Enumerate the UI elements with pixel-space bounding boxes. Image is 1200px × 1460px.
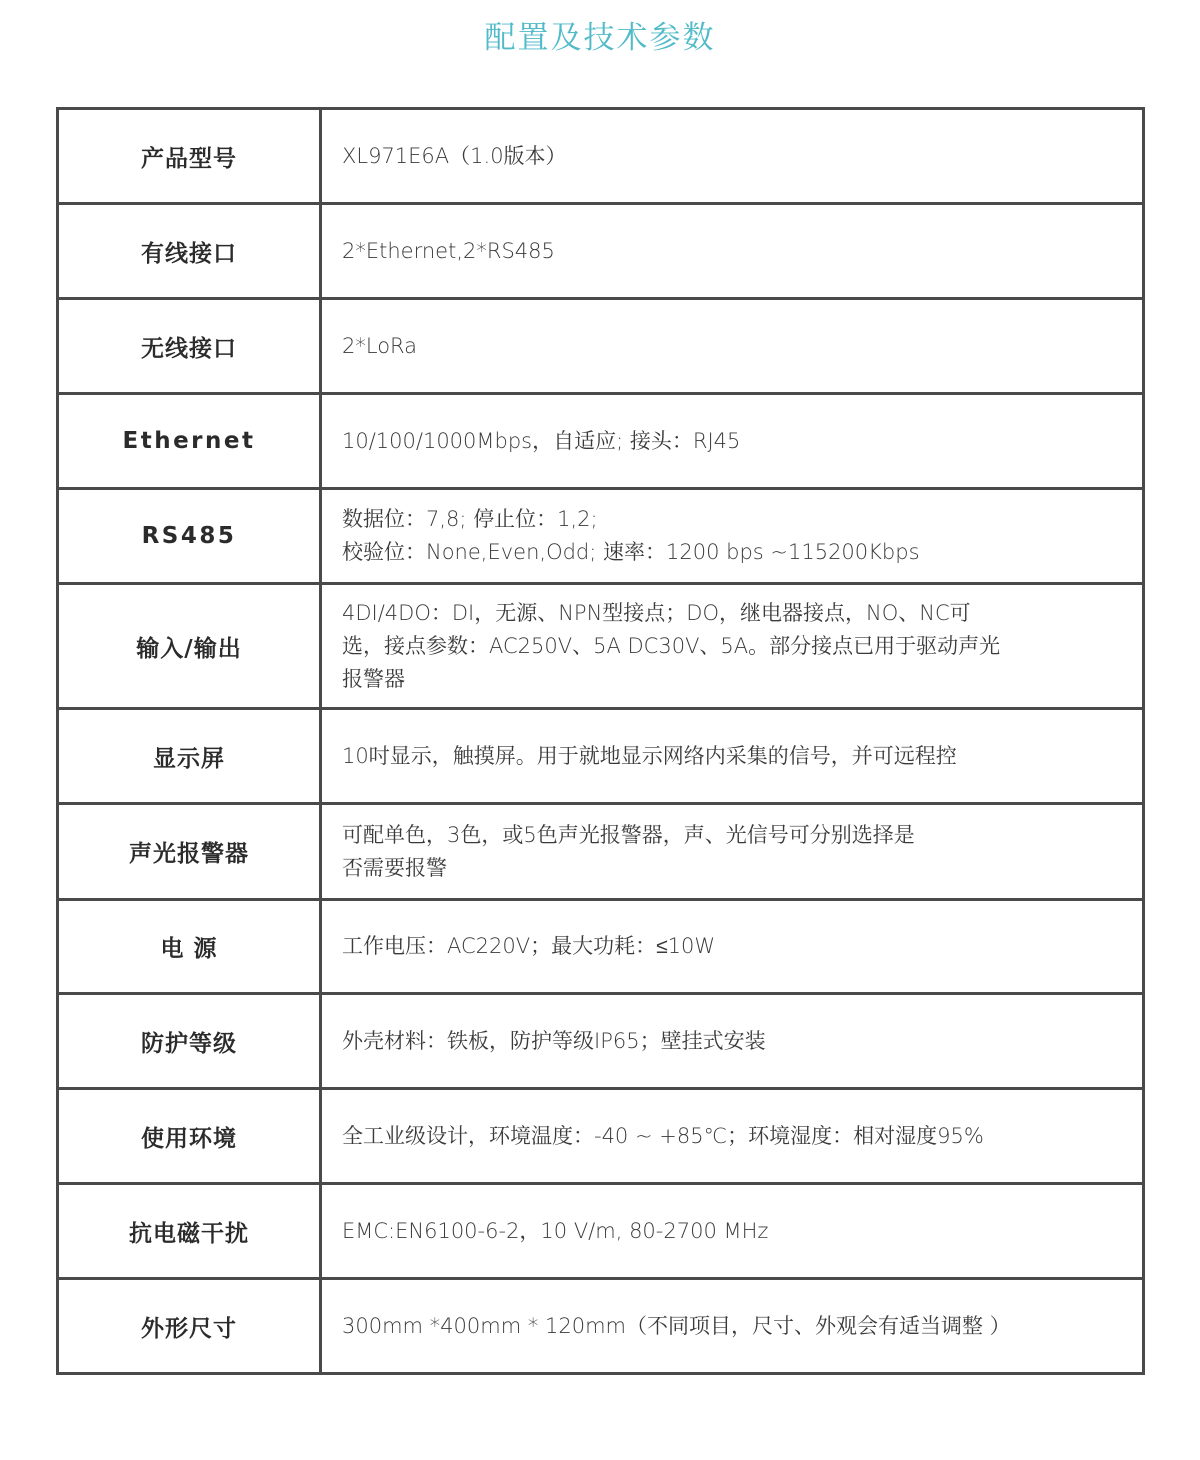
spec-value: 可配单色，3色，或5色声光报警器，声、光信号可分别选择是否需要报警 [321, 804, 1144, 900]
table-row: 输入/输出4DI/4DO：DI，无源、NPN型接点；DO，继电器接点，NO、NC… [58, 584, 1144, 709]
table-row: 外形尺寸300mm *400mm * 120mm（不同项目，尺寸、外观会有适当调… [58, 1279, 1144, 1374]
table-row: 声光报警器可配单色，3色，或5色声光报警器，声、光信号可分别选择是否需要报警 [58, 804, 1144, 900]
spec-value: 2*Ethernet,2*RS485 [321, 204, 1144, 299]
spec-value: 10吋显示，触摸屏。用于就地显示网络内采集的信号，并可远程控 [321, 709, 1144, 804]
spec-value-line: 报警器 [342, 663, 1122, 696]
spec-value: XL971E6A（1.0版本） [321, 109, 1144, 204]
spec-value-line: 否需要报警 [342, 852, 1122, 885]
spec-value-line: 数据位：7,8; 停止位：1,2; [342, 503, 1122, 536]
spec-value: 全工业级设计，环境温度：-40 ~ +85℃；环境湿度：相对湿度95% [321, 1089, 1144, 1184]
spec-value-line: 4DI/4DO：DI，无源、NPN型接点；DO，继电器接点，NO、NC可 [342, 597, 1122, 630]
table-row: 防护等级外壳材料：铁板，防护等级IP65；壁挂式安装 [58, 994, 1144, 1089]
spec-value-line: 选，接点参数：AC250V、5A DC30V、5A。部分接点已用于驱动声光 [342, 630, 1122, 663]
spec-value-line: 工作电压：AC220V；最大功耗：≤10W [342, 930, 1122, 963]
spec-label: 电 源 [58, 900, 321, 994]
spec-value: 4DI/4DO：DI，无源、NPN型接点；DO，继电器接点，NO、NC可选，接点… [321, 584, 1144, 709]
spec-value: EMC:EN6100-6-2，10 V/m, 80-2700 MHz [321, 1184, 1144, 1279]
spec-value-line: XL971E6A（1.0版本） [342, 140, 1122, 173]
spec-label: 产品型号 [58, 109, 321, 204]
spec-label: RS485 [58, 489, 321, 584]
spec-label: Ethernet [58, 394, 321, 489]
spec-value-line: 外壳材料：铁板，防护等级IP65；壁挂式安装 [342, 1025, 1122, 1058]
spec-label: 抗电磁干扰 [58, 1184, 321, 1279]
spec-label: 防护等级 [58, 994, 321, 1089]
table-row: 有线接口2*Ethernet,2*RS485 [58, 204, 1144, 299]
spec-value-line: EMC:EN6100-6-2，10 V/m, 80-2700 MHz [342, 1215, 1122, 1248]
table-row: 抗电磁干扰EMC:EN6100-6-2，10 V/m, 80-2700 MHz [58, 1184, 1144, 1279]
table-row: 产品型号XL971E6A（1.0版本） [58, 109, 1144, 204]
page-title: 配置及技术参数 [0, 12, 1200, 57]
spec-value: 10/100/1000Mbps，自适应; 接头：RJ45 [321, 394, 1144, 489]
spec-value-line: 校验位：None,Even,Odd; 速率：1200 bps ~115200Kb… [342, 536, 1122, 569]
spec-label: 显示屏 [58, 709, 321, 804]
table-row: 电 源工作电压：AC220V；最大功耗：≤10W [58, 900, 1144, 994]
table-row: RS485数据位：7,8; 停止位：1,2;校验位：None,Even,Odd;… [58, 489, 1144, 584]
spec-value: 300mm *400mm * 120mm（不同项目，尺寸、外观会有适当调整 ） [321, 1279, 1144, 1374]
spec-label: 无线接口 [58, 299, 321, 394]
spec-table-body: 产品型号XL971E6A（1.0版本）有线接口2*Ethernet,2*RS48… [58, 109, 1144, 1374]
spec-label: 输入/输出 [58, 584, 321, 709]
spec-value-line: 2*Ethernet,2*RS485 [342, 235, 1122, 268]
spec-label: 有线接口 [58, 204, 321, 299]
spec-value-line: 300mm *400mm * 120mm（不同项目，尺寸、外观会有适当调整 ） [342, 1310, 1122, 1343]
spec-value-line: 10吋显示，触摸屏。用于就地显示网络内采集的信号，并可远程控 [342, 740, 1122, 773]
spec-value-line: 2*LoRa [342, 330, 1122, 363]
spec-label: 使用环境 [58, 1089, 321, 1184]
table-row: 使用环境全工业级设计，环境温度：-40 ~ +85℃；环境湿度：相对湿度95% [58, 1089, 1144, 1184]
spec-value: 数据位：7,8; 停止位：1,2;校验位：None,Even,Odd; 速率：1… [321, 489, 1144, 584]
spec-value-line: 10/100/1000Mbps，自适应; 接头：RJ45 [342, 425, 1122, 458]
spec-value: 2*LoRa [321, 299, 1144, 394]
spec-label: 外形尺寸 [58, 1279, 321, 1374]
spec-table: 产品型号XL971E6A（1.0版本）有线接口2*Ethernet,2*RS48… [56, 107, 1145, 1375]
spec-value-line: 可配单色，3色，或5色声光报警器，声、光信号可分别选择是 [342, 819, 1122, 852]
spec-label: 声光报警器 [58, 804, 321, 900]
spec-value: 工作电压：AC220V；最大功耗：≤10W [321, 900, 1144, 994]
spec-value-line: 全工业级设计，环境温度：-40 ~ +85℃；环境湿度：相对湿度95% [342, 1120, 1122, 1153]
table-row: 无线接口2*LoRa [58, 299, 1144, 394]
spec-value: 外壳材料：铁板，防护等级IP65；壁挂式安装 [321, 994, 1144, 1089]
table-row: Ethernet10/100/1000Mbps，自适应; 接头：RJ45 [58, 394, 1144, 489]
table-row: 显示屏10吋显示，触摸屏。用于就地显示网络内采集的信号，并可远程控 [58, 709, 1144, 804]
